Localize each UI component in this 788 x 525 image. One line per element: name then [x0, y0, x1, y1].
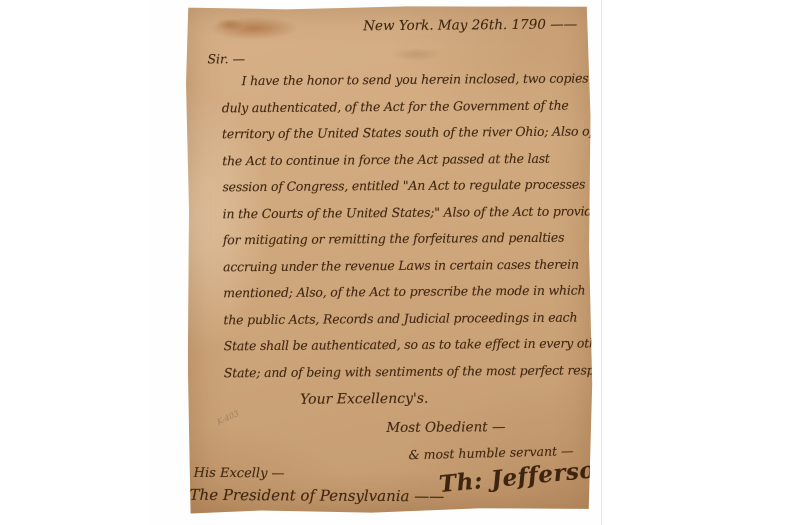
address-line-recipient: His Excelly —	[194, 466, 285, 482]
photo-edge-line	[601, 0, 602, 525]
letter-photograph: New York. May 26th. 1790 —— Sir. — I hav…	[150, 0, 602, 525]
address-line-title: The President of Pensylvania ——	[190, 486, 445, 506]
letter-paper: New York. May 26th. 1790 —— Sir. — I hav…	[185, 4, 594, 514]
address-block: His Excelly — The President of Pensylvan…	[185, 5, 593, 514]
